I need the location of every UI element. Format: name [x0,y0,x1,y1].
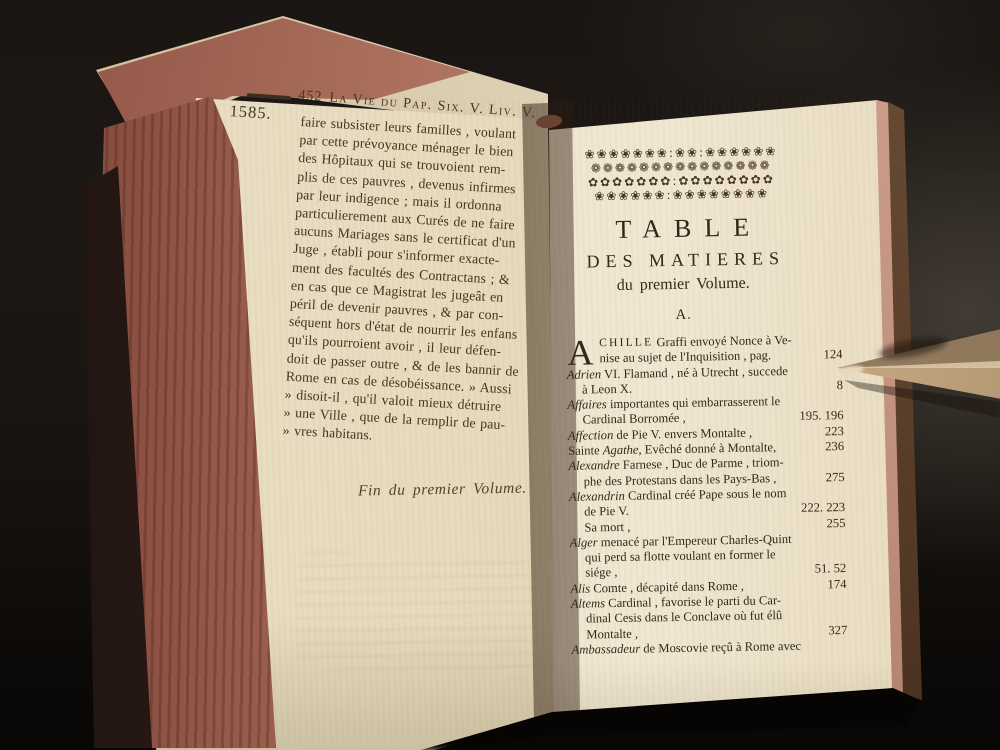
index-text: à Leon X. [582,382,632,398]
index-text: de Pie V. [584,504,629,520]
book-photograph: 1585. 452La Vie du Pap. Six. V. Liv. V. … [0,0,1000,750]
table-of-contents-page: ❀❀❀❀❀❀❀:❀❀:❀❀❀❀❀❀❁❁❁❁❁❁❁❁❁❁❁❁❁❁❁✿✿✿✿✿✿✿:… [556,94,900,658]
table-title: TABLE [570,212,794,246]
table-volume-line: du premier Volume. [571,274,795,296]
page-reference: 195. 196 [793,409,843,425]
index-keyword: Ambassadeur [571,642,640,658]
page-reference: 51. 52 [809,561,847,577]
page-number: 452 [298,88,323,105]
page-reference: 255 [820,516,845,532]
page-reference: 327 [822,623,847,639]
index-text: siége , [585,565,617,581]
index-text: Montalte , [586,626,638,642]
margin-note: 1585. [229,92,291,125]
index-text: Sa mort , [584,519,630,535]
index-lines: A CHILLE Graffi envoyé Nonce à Ve-nise a… [566,332,848,658]
index-keyword: Alexandre [568,458,620,474]
page-reference: 174 [821,577,846,593]
section-letter: A. [572,305,796,326]
index-text: Graffi envoyé Nonce à Ve- [653,333,792,351]
volume-end-line: Fin du premier Volume. [358,480,527,501]
ornament-band: ❀❀❀❀❀❀❀:❀❀:❀❀❀❀❀❀❁❁❁❁❁❁❁❁❁❁❁❁❁❁❁✿✿✿✿✿✿✿:… [569,144,794,204]
index-text: CHILLE [599,335,653,351]
index-text: importantes qui embarrasserent le [607,394,781,412]
page-reference: 8 [831,378,844,394]
index-keyword: Alis [570,581,590,597]
show-through-ghost-text [293,550,539,680]
index-text: de Moscovie reçû à Rome avec [640,639,801,657]
left-body: faire subsister leurs familles , voulant… [282,113,552,455]
page-reference: 275 [820,470,845,486]
table-subtitle: DES MATIERES [571,248,795,273]
index-keyword: Affection [568,428,614,444]
ornament-row: ❀❀❀❀❀❀:❀❀❀❀❀❀❀❀ [570,186,794,204]
index-keyword: Altems [571,596,606,612]
page-reference: 222. 223 [795,500,845,516]
index-keyword: Affaires [567,397,607,413]
index-keyword: Alexandrin [569,489,625,505]
page-reference: 223 [819,424,844,440]
index-text: Cardinal créé Pape sous le nom [625,486,787,504]
index-keyword: Alger [570,535,598,551]
index-text: Sainte [568,443,603,459]
index-text: VI. Flamand , né à Utrecht , succede [601,364,788,383]
page-reference: 124 [817,347,842,363]
index-keyword: Agathe [603,443,639,459]
margin-year: 1585. [229,101,290,125]
page-reference: 236 [819,439,844,455]
drop-cap: A [567,337,594,367]
index-text: Cardinal Borromée , [582,411,685,428]
